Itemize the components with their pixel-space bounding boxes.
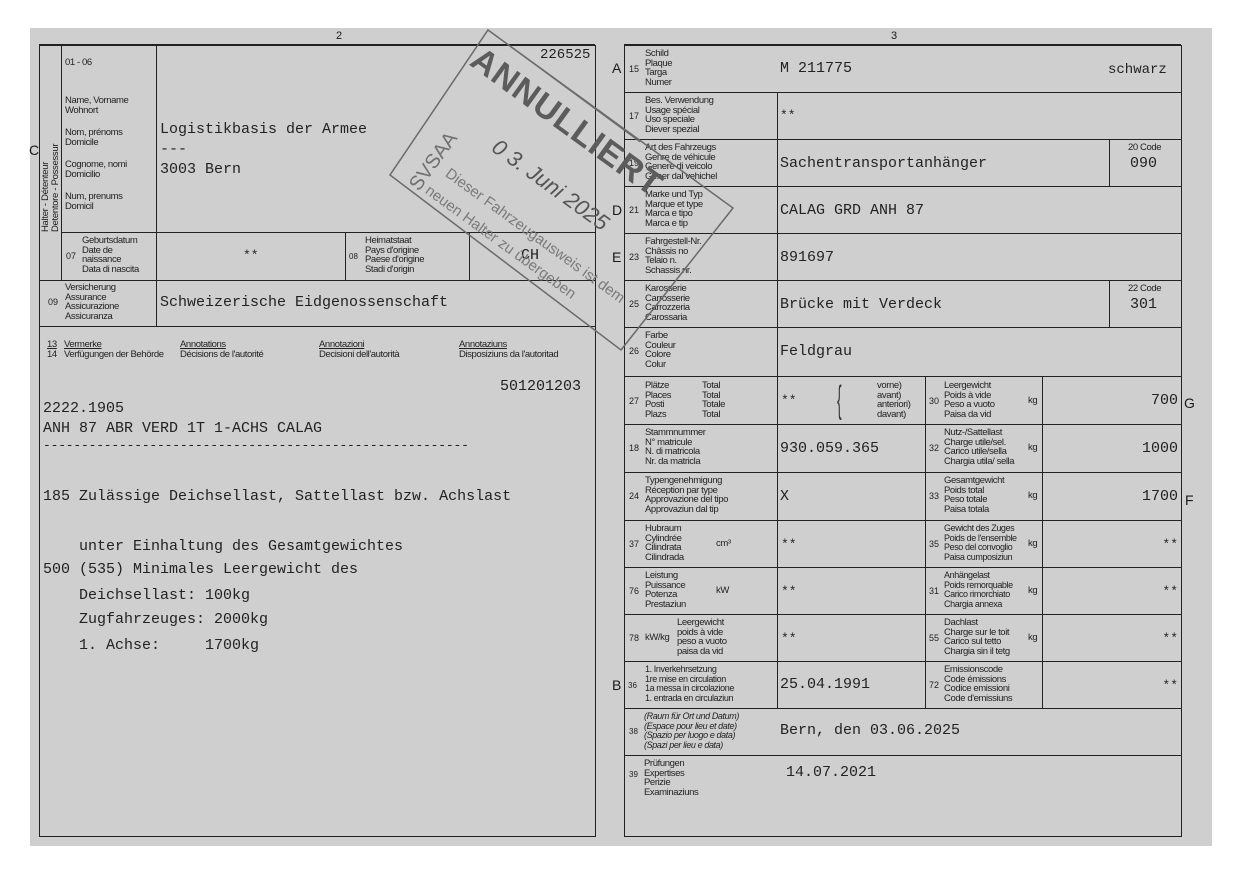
place-date-label: (Raum für Ort und Datum)(Espace pour lie… <box>644 712 739 750</box>
special-use-code: 17 <box>629 111 639 121</box>
home-state-label: Heimatstaat Pays d'origine Paese d'origi… <box>365 236 424 274</box>
insurance-value: Schweizerische Eidgenossenschaft <box>160 294 448 311</box>
emission-code-value: ** <box>1046 678 1178 693</box>
row-marker-f: F <box>1185 492 1194 508</box>
code-22-value: 301 <box>1130 296 1157 313</box>
page-number-left: 2 <box>336 30 342 42</box>
divider <box>624 472 1181 473</box>
insurance-label: Versicherung Assurance Assicurazione Ass… <box>65 283 119 321</box>
divider <box>624 567 1181 568</box>
insurance-code: 09 <box>48 297 58 307</box>
type-approval-code: 24 <box>629 491 639 501</box>
annotations-header-de: Vermerke Verfügungen der Behörde <box>64 340 164 359</box>
seats-value: ** <box>781 393 797 408</box>
divider <box>777 92 778 709</box>
power-value: ** <box>781 584 797 599</box>
color-value: Feldgrau <box>780 343 852 360</box>
payload-value: 1000 <box>1046 440 1178 457</box>
divider <box>469 232 470 280</box>
first-registration-value: 25.04.1991 <box>780 676 870 693</box>
row-marker-a: A <box>612 60 621 76</box>
divider <box>624 661 1181 662</box>
type-approval-value: X <box>780 488 789 505</box>
special-use-label: Bes. VerwendungUsage spécial Uso special… <box>645 96 713 134</box>
seats-code: 27 <box>629 396 639 406</box>
total-weight-value: 1700 <box>1046 488 1178 505</box>
divider <box>1042 376 1043 708</box>
divider <box>624 708 1181 709</box>
first-registration-code: 36 <box>628 681 637 690</box>
page-number-right: 3 <box>891 30 897 42</box>
home-state-code: 08 <box>349 252 358 261</box>
power-weight-label: Leergewichtpoids à vide peso a vuotopais… <box>677 618 727 656</box>
divider <box>624 755 1181 756</box>
divider <box>39 280 595 281</box>
holder-vertical-label-2: Detentore - Possessur <box>51 144 61 232</box>
inspections-code: 39 <box>629 770 638 779</box>
row-marker-d: D <box>612 202 622 218</box>
section-marker-c: C <box>29 142 39 158</box>
unit-kw: kW <box>716 586 729 596</box>
divider <box>39 326 595 327</box>
empty-weight-value: 700 <box>1046 392 1178 409</box>
row-marker-e: E <box>612 249 621 265</box>
annotations-header-fr: Annotations Décisions de l'autorité <box>180 340 263 359</box>
birthdate-code: 07 <box>66 251 76 261</box>
divider <box>1109 139 1110 186</box>
unit-kg: kg <box>1028 396 1037 406</box>
holder-labels: Name, Vorname Wohnort Nom, prénoms Domic… <box>65 96 155 211</box>
seats-total-label: TotalTotal TotaleTotal <box>702 381 725 419</box>
payload-code: 32 <box>929 443 939 453</box>
first-registration-label: 1. Inverkehrsetzung1re mise en circulati… <box>645 665 734 703</box>
chassis-code: 23 <box>629 252 639 262</box>
divider <box>624 186 1181 187</box>
unit-kg: kg <box>1028 491 1037 501</box>
place-date-value: Bern, den 03.06.2025 <box>780 722 960 739</box>
plate-value: M 211775 <box>780 60 852 77</box>
total-weight-code: 33 <box>929 491 939 501</box>
divider <box>624 233 1181 234</box>
roof-load-label: DachlastCharge sur le toit Carico sul te… <box>944 618 1010 656</box>
body-code: 25 <box>629 299 639 309</box>
roof-load-value: ** <box>1046 631 1178 646</box>
empty-weight-code: 30 <box>929 396 939 406</box>
empty-weight-label: LeergewichtPoids à vide Peso a vuotoPais… <box>944 381 995 419</box>
towing-load-label: AnhängelastPoids remorquable Carico rimo… <box>944 571 1013 609</box>
power-weight-value: ** <box>781 631 797 646</box>
emission-code-label: EmissionscodeCode émissions Codice emiss… <box>944 665 1012 703</box>
unit-kg: kg <box>1028 443 1037 453</box>
vehicle-type-code: 19 <box>629 158 639 168</box>
divider <box>624 614 1181 615</box>
row-marker-g: G <box>1184 395 1195 411</box>
divider <box>624 280 1181 281</box>
special-use-value: ** <box>780 108 796 123</box>
displacement-code: 37 <box>629 539 639 549</box>
chassis-value: 891697 <box>780 249 834 266</box>
body-label: KarosserieCarrosserie CarrozzeriaCarossa… <box>645 284 690 322</box>
make-model-label: Marke und TypMarque et type Marca e tipo… <box>645 190 703 228</box>
unit-kg: kg <box>1028 539 1037 549</box>
towing-load-code: 31 <box>929 586 939 596</box>
divider <box>345 232 346 280</box>
home-state-value: CH <box>521 247 539 264</box>
total-weight-label: GesamtgewichtPoids total Peso totalePais… <box>944 476 1004 514</box>
vehicle-type-label: Art des FahrzeugsGenre de véhicule Gener… <box>645 143 717 181</box>
divider <box>624 424 1181 425</box>
body-value: Brücke mit Verdeck <box>780 296 942 313</box>
inspections-value: 14.07.2021 <box>786 764 876 781</box>
displacement-value: ** <box>781 537 797 552</box>
annotations-codes: 13 14 <box>47 340 57 359</box>
color-label: FarbeCouleur ColoreColur <box>645 331 675 369</box>
plate-label: SchildPlaque TargaNumer <box>645 49 672 87</box>
holder-value: Logistikbasis der Armee --- 3003 Bern <box>160 120 367 180</box>
master-number-code: 18 <box>629 443 639 453</box>
birthdate-value: ** <box>243 248 259 263</box>
master-number-value: 930.059.365 <box>780 440 879 457</box>
roof-load-code: 55 <box>929 633 939 643</box>
code-20-label: 20 Code <box>1128 143 1161 153</box>
divider <box>624 139 1181 140</box>
birthdate-label: Geburtsdatum Date de naissance Data di n… <box>82 236 139 274</box>
towing-load-value: ** <box>1046 584 1178 599</box>
divider <box>61 45 62 280</box>
train-weight-label: Gewicht des ZugesPoids de l'ensemble Pes… <box>944 524 1017 562</box>
chassis-label: Fahrgestell-Nr.Châssis no Telaio n.Schas… <box>645 237 701 275</box>
plate-code: 15 <box>629 64 639 74</box>
divider <box>1109 280 1110 327</box>
divider <box>156 45 157 326</box>
place-date-code: 38 <box>629 727 638 736</box>
divider <box>61 232 595 233</box>
annotations-header-rm: Annotaziuns Disposiziuns da l'autoritad <box>459 340 558 359</box>
divider <box>624 92 1181 93</box>
row-marker-b: B <box>612 677 621 693</box>
brace: { <box>837 381 841 419</box>
seats-label: PlätzePlaces PostiPlazs <box>645 381 671 419</box>
make-model-value: CALAG GRD ANH 87 <box>780 202 924 219</box>
unit-kg: kg <box>1028 633 1037 643</box>
emission-code-code: 72 <box>929 680 939 690</box>
divider <box>925 376 926 708</box>
annotation-line: 2222.1905 <box>43 399 124 419</box>
train-weight-value: ** <box>1046 537 1178 552</box>
train-weight-code: 35 <box>929 539 939 549</box>
vehicle-type-value: Sachentransportanhänger <box>780 155 987 172</box>
annotations-header-it: Annotazioni Decisioni dell'autorità <box>319 340 399 359</box>
unit-cm3: cm³ <box>716 539 731 549</box>
code-20-value: 090 <box>1130 155 1157 172</box>
power-weight-code: 78 <box>629 633 639 643</box>
unit-kg: kg <box>1028 586 1037 596</box>
divider <box>624 376 1181 377</box>
type-approval-label: TypengenehmigungRéception par type Appro… <box>645 476 728 514</box>
make-model-code: 21 <box>629 205 639 215</box>
displacement-label: HubraumCylindrée CilindrataCilindrada <box>645 524 684 562</box>
document-number: 226525 <box>540 47 590 63</box>
master-number-label: StammnummerN° matricule N. di matricolaN… <box>645 428 706 466</box>
annotation-separator: ----------------------------------------… <box>43 436 469 456</box>
divider <box>624 520 1181 521</box>
holder-field-code: 01 - 06 <box>65 58 92 68</box>
inspections-label: PrüfungenExpertises PerizieExaminaziuns <box>644 759 698 797</box>
power-label: LeistungPuissance PotenzaPrestaziun <box>645 571 686 609</box>
power-code: 76 <box>629 586 639 596</box>
annotation-block: 500 (535) Minimales Leergewicht des Zugf… <box>43 529 358 645</box>
seats-front-label: vorne)avant) anteriori)davant) <box>877 381 911 419</box>
unit-kw-kg: kW/kg <box>645 633 669 643</box>
color-code: 26 <box>629 346 639 356</box>
annotation-reference-number: 501201203 <box>500 378 581 395</box>
plate-color: schwarz <box>1108 62 1167 78</box>
code-22-label: 22 Code <box>1128 284 1161 294</box>
divider <box>624 327 1181 328</box>
payload-label: Nutz-/SattellastCharge utile/sel. Carico… <box>944 428 1014 466</box>
